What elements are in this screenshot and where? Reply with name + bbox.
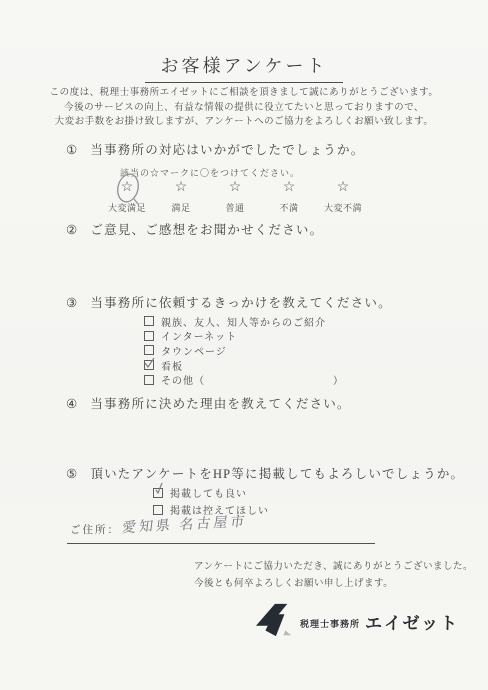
question-5: ⑤頂いたアンケートをHP等に掲載してもよろしいでしょうか。	[66, 464, 464, 482]
other-close-paren: ）	[333, 372, 344, 387]
page-title-wrap: お客様アンケート	[0, 52, 488, 83]
checkbox-label: タウンページ	[161, 343, 227, 358]
question-2-number: ②	[66, 223, 78, 237]
rating-label: 大変不満	[316, 201, 370, 214]
question-3-options: 親族、友人、知人等からのご紹介 インターネット タウンページ 看板 その他（ ）	[144, 314, 344, 387]
star-icon: ☆	[262, 180, 316, 196]
company-type-label: 税理士事務所	[300, 617, 360, 630]
checkbox-label: 掲載しても良い	[170, 485, 247, 500]
checkbox-label: その他（	[161, 372, 205, 387]
checkbox-label: 看板	[161, 358, 183, 373]
checkbox-icon	[144, 316, 154, 326]
rating-option-unsatisfied: ☆ 不満	[262, 180, 316, 214]
checkbox-icon	[144, 345, 154, 355]
address-underline	[67, 543, 375, 544]
checkbox-row-other: その他（ ）	[144, 372, 344, 387]
checkbox-icon	[153, 505, 163, 515]
closing-thanks: アンケートにご協力いただき、誠にありがとうございました。 今後とも何卒よろしくお…	[194, 559, 473, 593]
question-3: ③当事務所に依頼するきっかけを教えてください。	[66, 293, 392, 311]
question-4-number: ④	[66, 397, 78, 411]
company-name: エイゼット	[365, 609, 459, 634]
survey-scan-page: お客様アンケート この度は、税理士事務所エイゼットにご相談を頂きまして誠にありが…	[0, 0, 488, 690]
checkbox-row-townpage: タウンページ	[144, 343, 344, 358]
page-title: お客様アンケート	[145, 52, 344, 83]
checkbox-row-signboard: 看板	[144, 358, 344, 373]
rating-label: 普通	[208, 201, 262, 214]
star-icon: ☆	[100, 180, 154, 196]
handwritten-check-mark	[143, 357, 157, 369]
star-icon: ☆	[316, 180, 370, 196]
handwritten-check-mark	[153, 482, 165, 496]
rating-option-very-satisfied: ☆ 大変満足	[100, 180, 154, 214]
rating-label: 満足	[154, 201, 208, 214]
intro-paragraph: この度は、税理士事務所エイゼットにご相談を頂きまして誠にありがとうございます。 …	[0, 86, 488, 130]
rating-label: 大変満足	[100, 201, 154, 214]
intro-line-3: 大変お手数をお掛け致しますが、アンケートへのご協力をよろしくお願い致します。	[0, 115, 488, 130]
rating-scale: ☆ 大変満足 ☆ 満足 ☆ 普通 ☆ 不満 ☆ 大変不満	[100, 180, 370, 214]
rating-option-very-unsatisfied: ☆ 大変不満	[316, 180, 370, 214]
checkbox-row-publish-ok: 掲載しても良い	[153, 484, 269, 501]
star-icon: ☆	[208, 180, 262, 196]
checkbox-row-referral: 親族、友人、知人等からのご紹介	[144, 314, 344, 329]
company-logo-icon	[252, 601, 296, 639]
question-4: ④当事務所に決めた理由を教えてください。	[66, 394, 351, 412]
question-5-text: 頂いたアンケートをHP等に掲載してもよろしいでしょうか。	[90, 467, 464, 481]
company-logo: 税理士事務所 エイゼット	[252, 601, 459, 639]
checkbox-label: インターネット	[161, 328, 237, 343]
rating-label: 不満	[262, 201, 316, 214]
checkbox-label: 親族、友人、知人等からのご紹介	[161, 314, 326, 329]
star-icon: ☆	[154, 180, 208, 196]
thanks-line-2: 今後とも何卒よろしくお願い申し上げます。	[194, 576, 473, 593]
question-2: ②ご意見、ご感想をお聞かせください。	[66, 220, 323, 238]
question-3-text: 当事務所に依頼するきっかけを教えてください。	[90, 296, 391, 310]
question-2-text: ご意見、ご感想をお聞かせください。	[90, 223, 323, 237]
checkbox-checked-icon	[153, 488, 163, 498]
question-4-text: 当事務所に決めた理由を教えてください。	[90, 397, 350, 411]
rating-instruction: 該当の☆マークに〇をつけてください。	[120, 166, 300, 179]
checkbox-icon	[144, 375, 154, 385]
address-handwritten-value: 愛知県 名古屋市	[121, 511, 249, 538]
thanks-line-1: アンケートにご協力いただき、誠にありがとうございました。	[194, 559, 473, 576]
address-label: ご住所：	[70, 522, 120, 537]
question-3-number: ③	[66, 296, 78, 310]
intro-line-1: この度は、税理士事務所エイゼットにご相談を頂きまして誠にありがとうございます。	[0, 86, 488, 101]
checkbox-checked-icon	[144, 360, 154, 370]
rating-option-normal: ☆ 普通	[208, 180, 262, 214]
rating-option-satisfied: ☆ 満足	[154, 180, 208, 214]
question-1-text: 当事務所の対応はいかがでしたでしょうか。	[90, 143, 364, 157]
question-5-number: ⑤	[66, 467, 78, 481]
intro-line-2: 今後のサービスの向上、有益な情報の提供に役立てたいと思っておりますので、	[0, 101, 488, 116]
checkbox-icon	[144, 331, 154, 341]
question-1-number: ①	[66, 143, 78, 157]
checkbox-row-internet: インターネット	[144, 329, 344, 344]
question-1: ①当事務所の対応はいかがでしたでしょうか。	[66, 140, 364, 158]
